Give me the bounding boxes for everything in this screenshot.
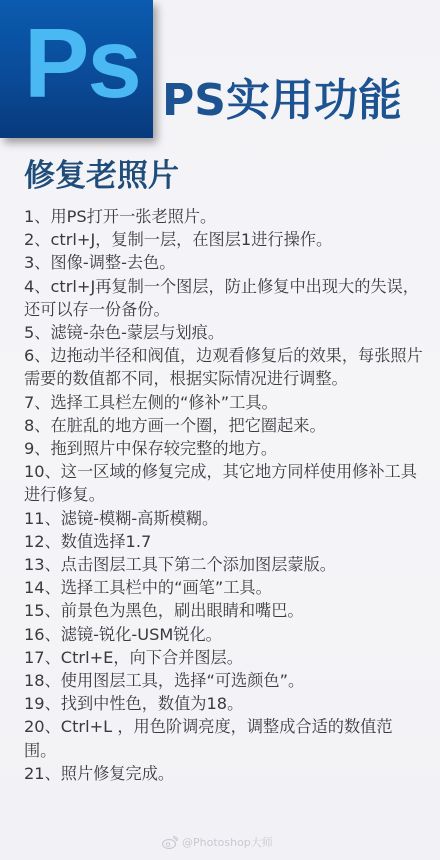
step-item: 12、数值选择1.7 (24, 530, 424, 553)
photoshop-logo-icon: Ps (0, 0, 153, 138)
steps-list: 1、用PS打开一张老照片。 2、ctrl+J，复制一层，在图层1进行操作。 3、… (24, 205, 424, 785)
step-item: 19、找到中性色，数值为18。 (24, 692, 424, 715)
watermark-text: @Photoshop大师 (182, 834, 273, 850)
step-item: 4、ctrl+J再复制一个图层，防止修复中出现大的失误，还可以存一份备份。 (24, 275, 424, 321)
step-item: 1、用PS打开一张老照片。 (24, 205, 424, 228)
step-item: 11、滤镜-模糊-高斯模糊。 (24, 507, 424, 530)
step-item: 17、Ctrl+E，向下合并图层。 (24, 646, 424, 669)
step-item: 8、在脏乱的地方画一个圈，把它圈起来。 (24, 414, 424, 437)
step-item: 2、ctrl+J，复制一层，在图层1进行操作。 (24, 228, 424, 251)
step-item: 15、前景色为黑色，刷出眼睛和嘴巴。 (24, 599, 424, 622)
watermark: @Photoshop大师 (162, 834, 273, 850)
page-title: PS实用功能 (162, 74, 402, 128)
logo-text: Ps (24, 8, 140, 118)
step-item: 16、滤镜-锐化-USM锐化。 (24, 623, 424, 646)
step-item: 13、点击图层工具下第二个添加图层蒙版。 (24, 553, 424, 576)
step-item: 14、选择工具栏中的“画笔”工具。 (24, 576, 424, 599)
section-title: 修复老照片 (24, 156, 179, 196)
step-item: 3、图像-调整-去色。 (24, 251, 424, 274)
step-item: 7、选择工具栏左侧的“修补”工具。 (24, 391, 424, 414)
step-item: 18、使用图层工具，选择“可选颜色”。 (24, 669, 424, 692)
step-item: 10、这一区域的修复完成，其它地方同样使用修补工具进行修复。 (24, 460, 424, 506)
step-item: 5、滤镜-杂色-蒙层与划痕。 (24, 321, 424, 344)
step-item: 6、边拖动半径和阀值，边观看修复后的效果，每张照片需要的数值都不同，根据实际情况… (24, 344, 424, 390)
step-item: 21、照片修复完成。 (24, 762, 424, 785)
step-item: 9、拖到照片中保存较完整的地方。 (24, 437, 424, 460)
step-item: 20、Ctrl+L ，用色阶调亮度，调整成合适的数值范围。 (24, 715, 424, 761)
weibo-icon (162, 836, 178, 849)
